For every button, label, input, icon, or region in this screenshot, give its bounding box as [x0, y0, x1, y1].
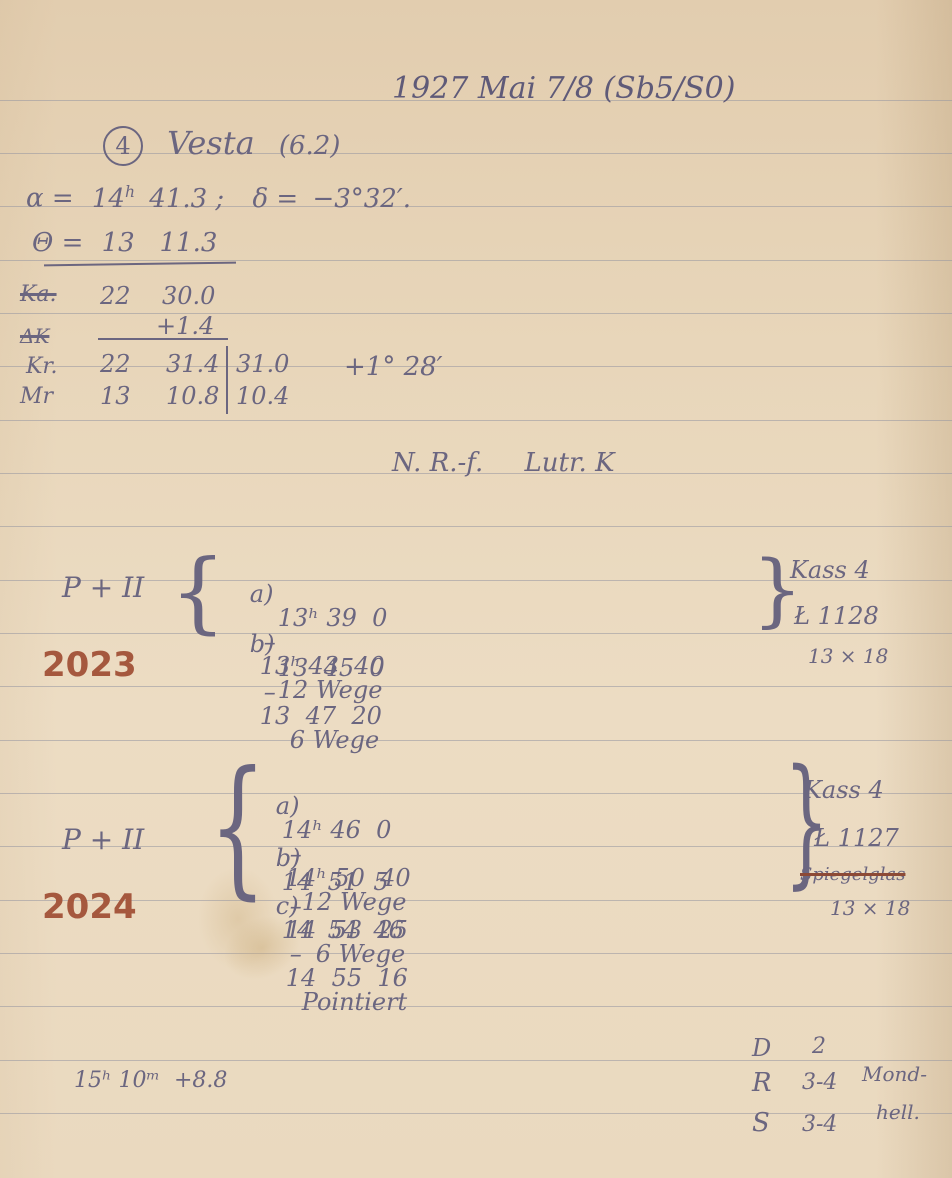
offset-value: +1° 28′: [344, 354, 443, 380]
delta-value: −3°32′.: [312, 184, 411, 214]
sum-line: [98, 338, 228, 340]
plate-label: P + II: [62, 826, 144, 854]
theta-value: 13 11.3: [102, 228, 218, 258]
plate-number: 2023: [42, 648, 137, 682]
plate-label: P + II: [62, 574, 144, 602]
plate-number: 2024: [42, 890, 137, 924]
theta-label: Θ =: [32, 228, 83, 258]
object-title: 4 Vesta (6.2): [103, 126, 340, 166]
alpha-line: α = 14h 41.3 ; δ = −3°32′.: [26, 185, 411, 212]
conditions-note: hell.: [876, 1102, 920, 1122]
plate-info: 13 × 18: [808, 646, 888, 666]
instrument-note: N. R.-f. Lutr. K: [392, 450, 615, 476]
plate-info: Ł 1127: [814, 826, 899, 850]
row-label: ΔK: [20, 326, 49, 346]
row-label: Mr: [20, 386, 53, 408]
header-date: 1927 Mai 7/8 (Sb5/S0): [392, 74, 735, 104]
alpha-label: α =: [26, 184, 74, 214]
object-number: 4: [103, 126, 143, 166]
plate-info: Kass 4: [790, 558, 870, 582]
underline: [44, 262, 236, 267]
row-label: Kr.: [26, 356, 58, 378]
column-divider: [226, 346, 228, 414]
theta-line: Θ = 13 11.3: [32, 230, 217, 256]
time-note: 15ʰ 10ᵐ +8.8: [74, 1070, 227, 1092]
conditions-note: Mond-: [862, 1064, 927, 1084]
notebook-page: 1927 Mai 7/8 (Sb5/S0) 4 Vesta (6.2) α = …: [0, 0, 952, 1178]
plate-info: Spiegelglas: [800, 866, 905, 884]
object-magnitude: (6.2): [279, 131, 341, 161]
exposure-row: c) 14 54 46 – 14 55 16 Pointiert: [230, 870, 408, 1038]
plate-info: Ł 1128: [794, 604, 879, 628]
delta-label: δ =: [252, 184, 298, 214]
plate-info: Kass 4: [804, 778, 884, 802]
object-name: Vesta: [167, 124, 254, 162]
plate-info: 13 × 18: [830, 898, 910, 918]
row-label: Ka.: [20, 284, 57, 306]
